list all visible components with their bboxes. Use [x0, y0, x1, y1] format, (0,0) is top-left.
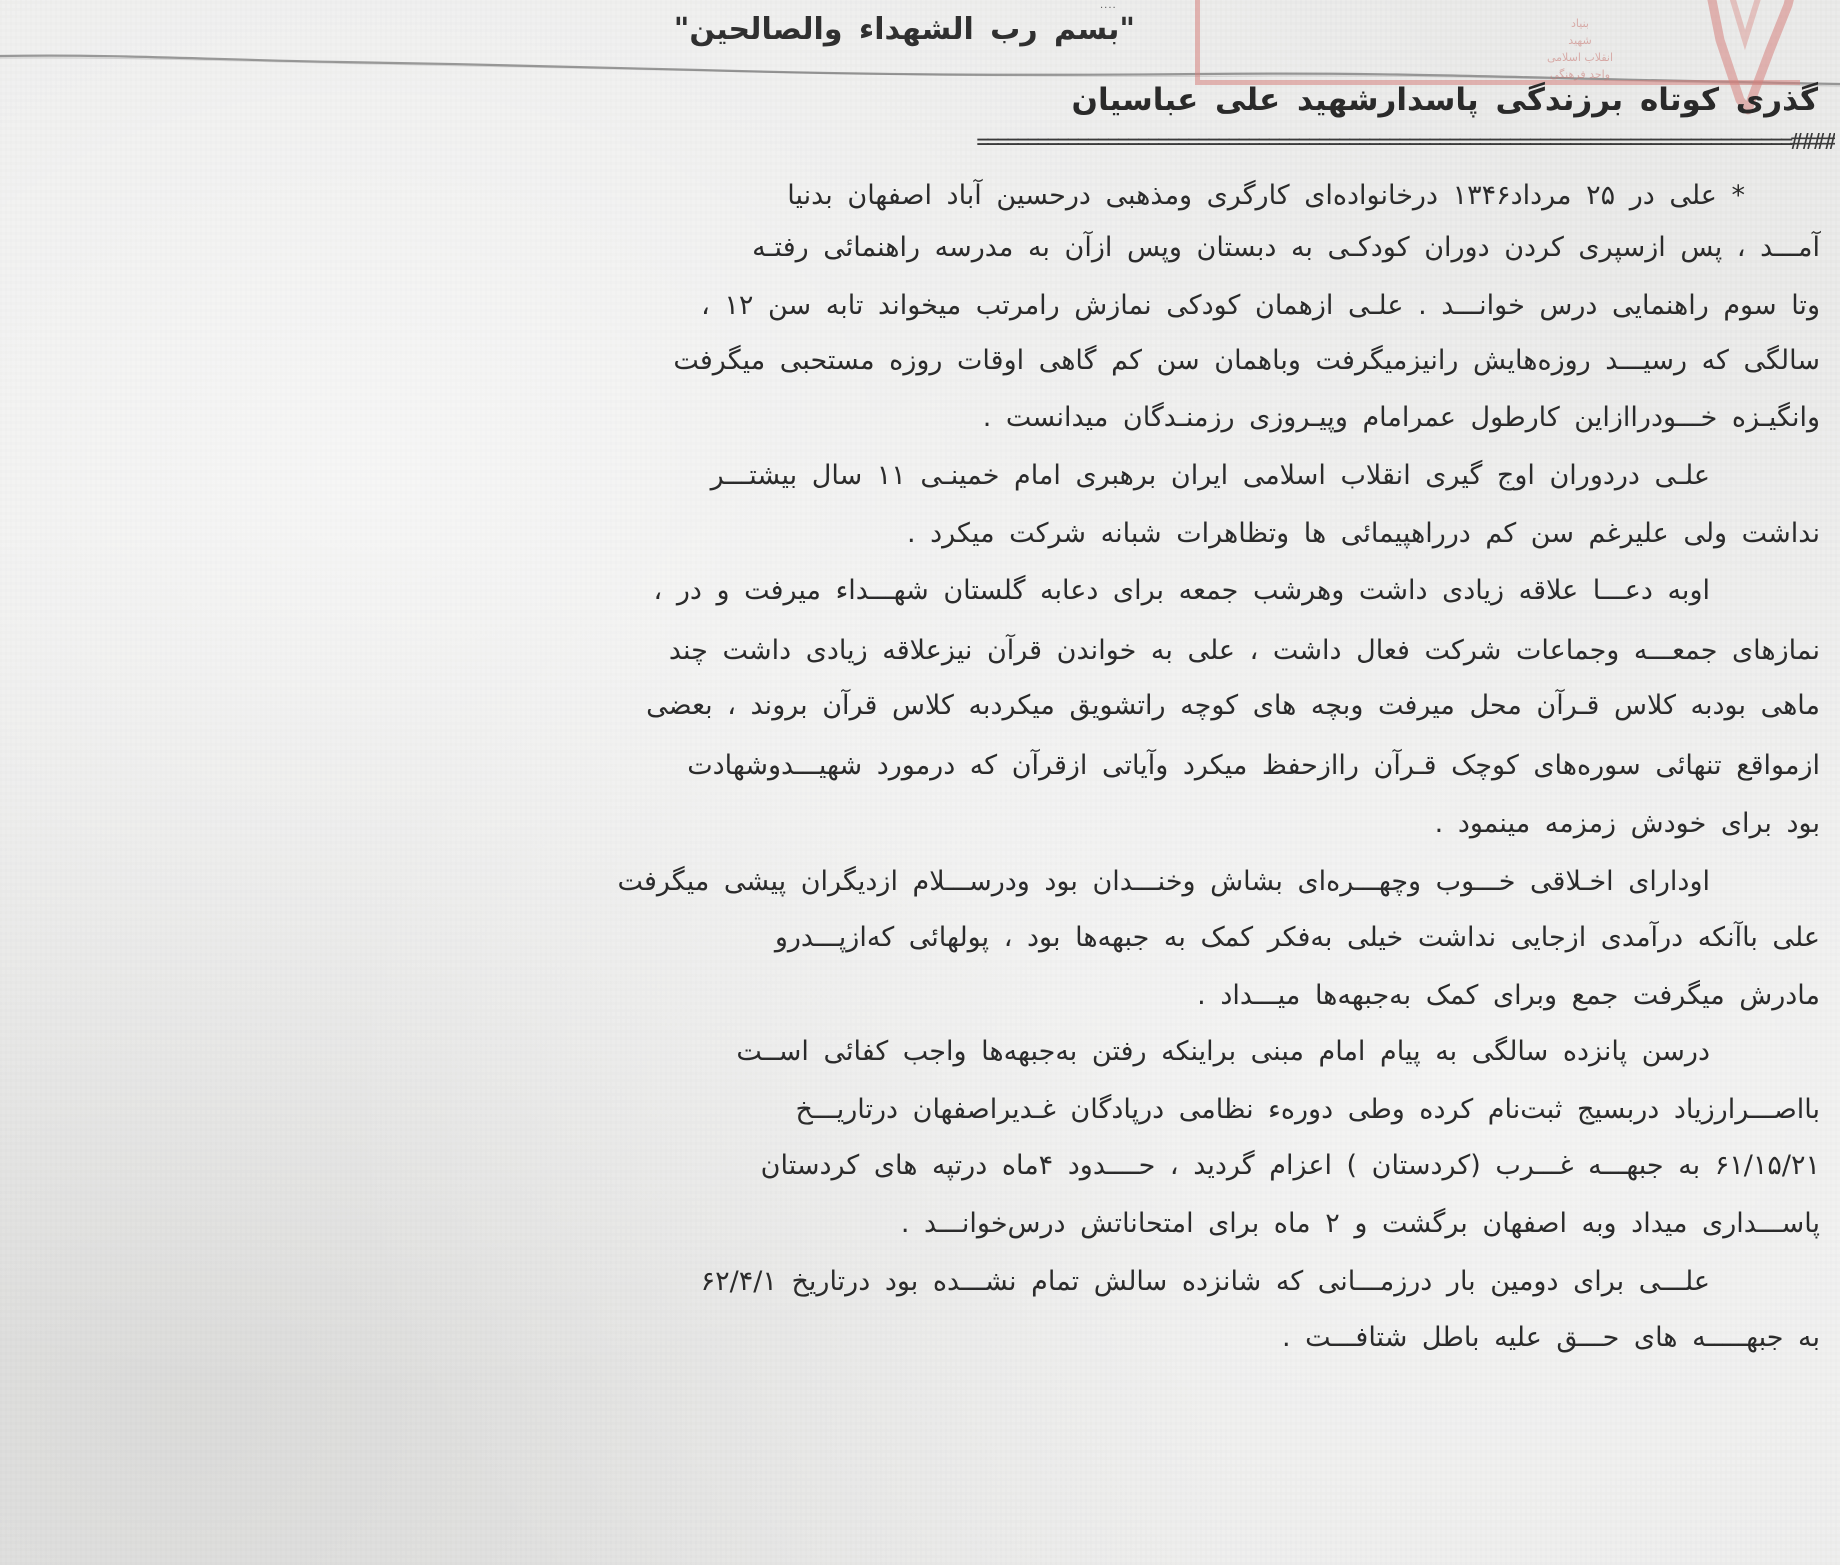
separator-rule: ========================================…: [205, 132, 1835, 154]
paragraph-line: علـــی برای دومین بار درزمـــانی که شانز…: [701, 1266, 1710, 1297]
paragraph-line: * علی در ۲۵ مرداد۱۳۴۶ درخانواده‌ای کارگر…: [787, 180, 1745, 211]
paragraph-line: بود برای خودش زمزمه مینمود .: [1435, 808, 1820, 839]
paragraph-line: علـی دردوران اوج گیری انقلاب اسلامی ایرا…: [711, 460, 1710, 491]
paragraph-line: اودارای اخـلاقی خـــوب وچهـــره‌ای بشاش …: [617, 866, 1710, 897]
paragraph-line: نمازهای جمعـــه وجماعات شرکت فعال داشت ،…: [669, 635, 1820, 666]
paragraph-line: بااصـــرارزیاد دربسیج ثبت‌نام کرده وطی د…: [796, 1094, 1820, 1125]
paragraph-line: ۶۱/۱۵/۲۱ به جبهـــه غـــرب (کردستان ) اع…: [761, 1150, 1820, 1181]
paragraph-line: اوبه دعـــا علاقه زیادی داشت وهرشب جمعه …: [654, 575, 1710, 606]
paragraph-line: به جبهـــــه های حـــق علیه باطل شتافـــ…: [1282, 1322, 1820, 1353]
document-title: گذری کوتاه برزندگی پاسدارشهید علی عباسیا…: [1072, 82, 1818, 118]
document-body: "بسم رب الشهداء والصالحین" گذری کوتاه بر…: [0, 0, 1840, 1565]
paragraph-line: مادرش میگرفت جمع وبرای کمک به‌جبهه‌ها می…: [1197, 980, 1820, 1011]
paragraph-line: آمـــد ، پس ازسپری کردن دوران کودکـی به …: [752, 232, 1820, 263]
paragraph-line: ازمواقع تنهائی سوره‌های کوچک قـرآن راازح…: [687, 750, 1820, 781]
separator-hashes: ####: [1790, 132, 1835, 154]
paragraph-line: علی باآنکه درآمدی ازجایی نداشت خیلی به‌ف…: [775, 922, 1820, 953]
paragraph-line: پاســـداری میداد وبه اصفهان برگشت و ۲ ما…: [901, 1208, 1820, 1239]
separator-equals: ========================================…: [976, 132, 1790, 154]
paragraph-line: سالگی که رسیـــد روزه‌هایش رانیزمیگرفت و…: [673, 345, 1820, 376]
paragraph-line: ماهی بودبه کلاس قـرآن محل میرفت وبچه های…: [646, 690, 1820, 721]
paragraph-line: وانگیـزه خـــودراازاین کارطول عمرامام وپ…: [983, 402, 1820, 433]
paragraph-line: نداشت ولی علیرغم سن کم درراهپیمائی ها وت…: [907, 518, 1820, 549]
invocation-heading: "بسم رب الشهداء والصالحین": [674, 12, 1135, 47]
paragraph-line: درسن پانزده سالگی به پیام امام مبنی برای…: [736, 1036, 1710, 1067]
paragraph-line: وتا سوم راهنمایی درس خوانـــد . علـی ازه…: [701, 290, 1820, 321]
